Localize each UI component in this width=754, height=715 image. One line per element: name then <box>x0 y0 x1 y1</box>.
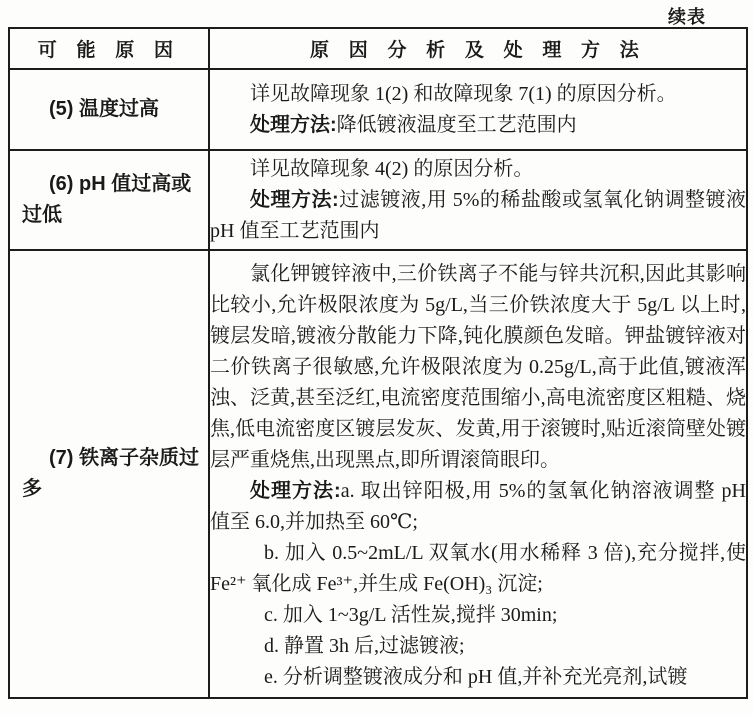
treatment-step-c: c. 加入 1~3g/L 活性炭,搅拌 30min; <box>210 600 746 631</box>
analysis-text: 详见故障现象 1(2) 和故障现象 7(1) 的原因分析。 <box>250 83 677 105</box>
treatment-step-e-text: e. 分析调整镀液成分和 pH 值,并补充光亮剂,试镀 <box>264 666 687 688</box>
cause-text-7: (7) 铁离子杂质过多 <box>10 443 208 505</box>
treatment-step-d: d. 静置 3h 后,过滤镀液; <box>210 631 746 662</box>
column-header-analysis-and-treatment: 原 因 分 析 及 处 理 方 法 <box>209 28 747 69</box>
cause-text-5: (5) 温度过高 <box>10 94 208 125</box>
troubleshooting-table: 可 能 原 因 原 因 分 析 及 处 理 方 法 (5) 温度过高 详见故障现… <box>8 27 748 699</box>
column-header-possible-cause: 可 能 原 因 <box>9 28 209 69</box>
treatment-paragraph: 处理方法:a. 取出锌阳极,用 5%的氢氧化钠溶液调整 pH 值至 6.0,并加… <box>210 476 746 538</box>
treatment-paragraph: 处理方法:过滤镀液,用 5%的稀盐酸或氢氧化钠调整镀液 pH 值至工艺范围内 <box>210 185 746 247</box>
analysis-text: 详见故障现象 4(2) 的原因分析。 <box>250 158 533 180</box>
treatment-method-text: 降低镀液温度至工艺范围内 <box>337 114 577 136</box>
cause-cell-6: (6) pH 值过高或过低 <box>9 150 209 250</box>
treatment-paragraph: 处理方法:降低镀液温度至工艺范围内 <box>210 110 746 141</box>
treatment-step-c-text: c. 加入 1~3g/L 活性炭,搅拌 30min; <box>264 604 557 626</box>
treatment-method-label: 处理方法: <box>250 114 337 136</box>
continued-table-label: 续表 <box>0 0 754 27</box>
table-row-cause-6: (6) pH 值过高或过低 详见故障现象 4(2) 的原因分析。 处理方法:过滤… <box>9 150 747 250</box>
analysis-paragraph: 详见故障现象 1(2) 和故障现象 7(1) 的原因分析。 <box>210 79 746 110</box>
table-header-row: 可 能 原 因 原 因 分 析 及 处 理 方 法 <box>9 28 747 69</box>
treatment-step-b-text: b. 加入 0.5~2mL/L 双氧水(用水稀释 3 倍),充分搅拌,使 Fe²… <box>210 542 746 595</box>
treatment-step-b: b. 加入 0.5~2mL/L 双氧水(用水稀释 3 倍),充分搅拌,使 Fe²… <box>210 538 746 600</box>
analysis-paragraph: 氯化钾镀锌液中,三价铁离子不能与锌共沉积,因此其影响比较小,允许极限浓度为 5g… <box>210 259 746 476</box>
treatment-method-label: 处理方法: <box>250 480 341 502</box>
cause-text-6: (6) pH 值过高或过低 <box>10 169 208 231</box>
analysis-cell-5: 详见故障现象 1(2) 和故障现象 7(1) 的原因分析。 处理方法:降低镀液温… <box>209 69 747 150</box>
treatment-step-e: e. 分析调整镀液成分和 pH 值,并补充光亮剂,试镀 <box>210 662 746 693</box>
treatment-method-label: 处理方法: <box>250 189 339 211</box>
cause-cell-5: (5) 温度过高 <box>9 69 209 150</box>
analysis-cell-6: 详见故障现象 4(2) 的原因分析。 处理方法:过滤镀液,用 5%的稀盐酸或氢氧… <box>209 150 747 250</box>
analysis-paragraph: 详见故障现象 4(2) 的原因分析。 <box>210 154 746 185</box>
analysis-text: 氯化钾镀锌液中,三价铁离子不能与锌共沉积,因此其影响比较小,允许极限浓度为 5g… <box>210 263 746 471</box>
analysis-cell-7: 氯化钾镀锌液中,三价铁离子不能与锌共沉积,因此其影响比较小,允许极限浓度为 5g… <box>209 250 747 698</box>
table-row-cause-5: (5) 温度过高 详见故障现象 1(2) 和故障现象 7(1) 的原因分析。 处… <box>9 69 747 150</box>
table-row-cause-7: (7) 铁离子杂质过多 氯化钾镀锌液中,三价铁离子不能与锌共沉积,因此其影响比较… <box>9 250 747 698</box>
treatment-step-d-text: d. 静置 3h 后,过滤镀液; <box>264 635 465 657</box>
cause-cell-7: (7) 铁离子杂质过多 <box>9 250 209 698</box>
scanned-document-page: 续表 可 能 原 因 原 因 分 析 及 处 理 方 法 (5) 温度过高 详见… <box>0 0 754 715</box>
